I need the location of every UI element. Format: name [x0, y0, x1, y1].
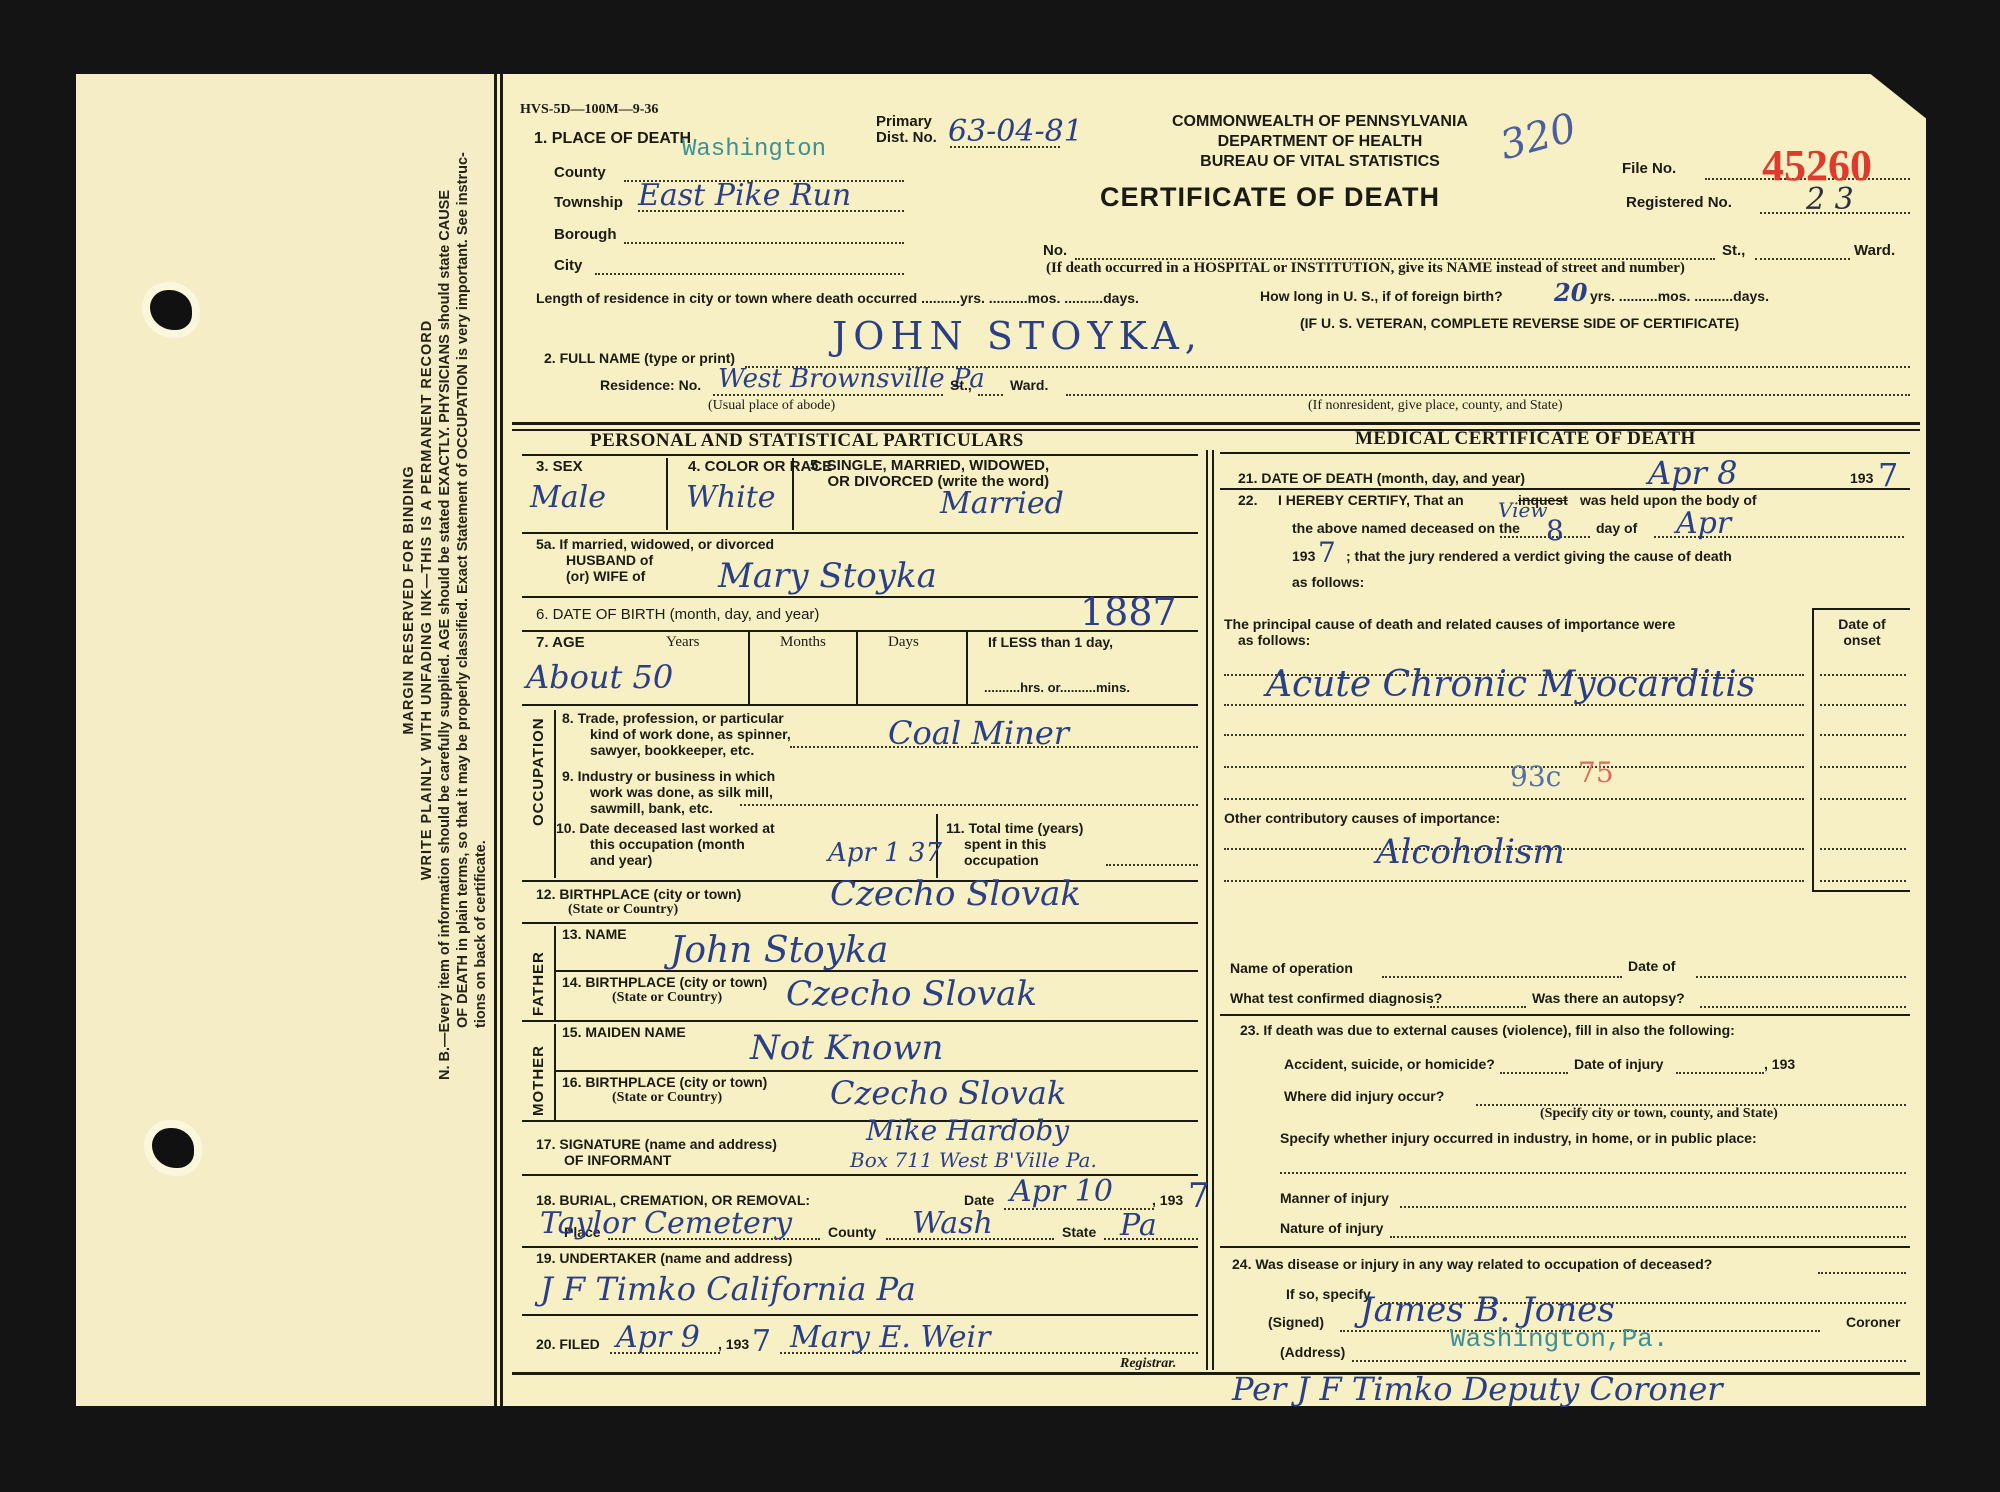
registrar-label: Registrar. — [1120, 1356, 1176, 1372]
cause-of-death-value: Acute Chronic Myocarditis — [1266, 664, 1755, 705]
industry-label-line-1: 9. Industry or business in which — [562, 768, 775, 784]
mother-birthplace-label-line-2: (State or Country) — [562, 1090, 767, 1106]
burial-date-value: Apr 10 — [1010, 1174, 1113, 1209]
cause-code-red: 75 — [1578, 756, 1614, 789]
file-no-label: File No. — [1622, 160, 1676, 177]
ward-label: Ward. — [1854, 242, 1895, 259]
informant-name-value: Mike Hardoby — [866, 1114, 1069, 1147]
margin-title: MARGIN RESERVED FOR BINDING — [400, 120, 418, 1080]
onset-label-line-2: onset — [1824, 632, 1900, 648]
total-time-label-line-2: spent in this — [946, 836, 1083, 852]
dod-value: Apr 8 — [1648, 454, 1737, 492]
medical-section-title: MEDICAL CERTIFICATE OF DEATH — [1355, 428, 1696, 450]
trade-label: 8. Trade, profession, or particular kind… — [562, 710, 791, 758]
margin-instructions: MARGIN RESERVED FOR BINDING WRITE PLAINL… — [400, 120, 490, 1080]
last-worked-label-line-2: this occupation (month — [556, 836, 775, 852]
veteran-note: (IF U. S. VETERAN, COMPLETE REVERSE SIDE… — [1300, 315, 1739, 331]
total-time-label-line-1: 11. Total time (years) — [946, 820, 1083, 836]
foreign-birth-label: How long in U. S., if of foreign birth? — [1260, 288, 1503, 304]
burial-county-value: Wash — [912, 1206, 993, 1241]
registered-no-value: 2 3 — [1806, 182, 1854, 217]
manner-label: Manner of injury — [1280, 1190, 1389, 1206]
marital-label-line-1: 5. SINGLE, MARRIED, WIDOWED, — [810, 458, 1049, 474]
certify-line-2b: day of — [1596, 520, 1637, 536]
city-label: City — [554, 257, 582, 274]
external-causes-label: 23. If death was due to external causes … — [1240, 1022, 1735, 1038]
residence-length-label: Length of residence in city or town wher… — [536, 290, 1139, 306]
birthplace-label-line-2: (State or Country) — [536, 902, 741, 918]
nature-label: Nature of injury — [1280, 1220, 1383, 1236]
hospital-note: (If death occurred in a HOSPITAL or INST… — [1046, 260, 1685, 277]
residence-value: West Brownsville Pa — [718, 364, 985, 394]
mother-birthplace-value: Czecho Slovak — [830, 1074, 1066, 1112]
where-injury-note: (Specify city or town, county, and State… — [1540, 1106, 1778, 1122]
occupation-side-label: OCCUPATION — [530, 717, 547, 826]
injury-date-label: Date of injury — [1574, 1056, 1663, 1072]
deputy-coroner-note: Per J F Timko Deputy Coroner — [1232, 1370, 1723, 1408]
burial-place-value: Taylor Cemetery — [540, 1206, 792, 1241]
department-line: DEPARTMENT OF HEALTH — [1140, 132, 1500, 152]
abode-note: (Usual place of abode) — [708, 398, 835, 414]
operation-label: Name of operation — [1230, 960, 1353, 976]
filed-date-value: Apr 9 — [616, 1320, 700, 1355]
burial-state-value: Pa — [1120, 1208, 1157, 1243]
certify-day-value: 8 — [1546, 514, 1564, 547]
foreign-birth-suffix: yrs. ..........mos. ..........days. — [1590, 288, 1769, 304]
margin-line-2: N. B.—Every item of information should b… — [437, 190, 453, 1080]
informant-address-value: Box 711 West B'Ville Pa. — [850, 1148, 1097, 1172]
nonresident-note: (If nonresident, give place, county, and… — [1308, 398, 1563, 414]
county-label: County — [554, 164, 606, 181]
margin-line-1: WRITE PLAINLY WITH UNFADING INK—THIS IS … — [418, 120, 436, 1080]
signed-label: (Signed) — [1268, 1314, 1324, 1330]
father-side-label: FATHER — [530, 951, 547, 1016]
trade-label-line-2: kind of work done, as spinner, — [562, 726, 791, 742]
burial-county-label: County — [828, 1224, 876, 1240]
industry-label-line-3: sawmill, bank, etc. — [562, 800, 775, 816]
father-name-value: John Stoyka — [670, 930, 888, 971]
burial-state-label: State — [1062, 1224, 1096, 1240]
dob-value: 1887 — [1080, 590, 1177, 634]
spouse-value: Mary Stoyka — [718, 556, 937, 596]
burial-year-prefix: , 193 — [1152, 1192, 1183, 1208]
certify-month-value: Apr — [1676, 506, 1731, 541]
mother-name-value: Not Known — [750, 1028, 943, 1068]
father-birthplace-label-line-1: 14. BIRTHPLACE (city or town) — [562, 974, 767, 990]
trade-label-line-1: 8. Trade, profession, or particular — [562, 710, 791, 726]
full-name-value: JOHN STOYKA, — [832, 314, 1203, 358]
injury-year-prefix: , 193 — [1764, 1056, 1795, 1072]
onset-label-line-1: Date of — [1824, 616, 1900, 632]
commonwealth-line: COMMONWEALTH OF PENNSYLVANIA — [1140, 112, 1500, 132]
borough-label: Borough — [554, 226, 616, 243]
certify-line-2a: the above named deceased on the — [1292, 520, 1520, 536]
sex-value: Male — [530, 480, 606, 515]
informant-label-line-2: OF INFORMANT — [536, 1152, 777, 1168]
burial-year-value: 7 — [1188, 1176, 1210, 1216]
undertaker-label: 19. UNDERTAKER (name and address) — [536, 1250, 792, 1266]
issuer-header: COMMONWEALTH OF PENNSYLVANIA DEPARTMENT … — [1140, 112, 1500, 172]
registrar-signature: Mary E. Weir — [790, 1320, 990, 1355]
test-label: What test confirmed diagnosis? — [1230, 990, 1442, 1006]
township-value: East Pike Run — [638, 178, 851, 213]
dod-label: 21. DATE OF DEATH (month, day, and year) — [1238, 470, 1525, 486]
certify-number: 22. — [1238, 492, 1257, 508]
operation-date-label: Date of — [1628, 958, 1675, 974]
father-birthplace-label-line-2: (State or Country) — [562, 990, 767, 1006]
industry-label-line-2: work was done, as silk mill, — [562, 784, 775, 800]
residence-ward-label: Ward. — [1010, 377, 1048, 393]
primary-label: Primary — [876, 114, 937, 130]
occupation-related-label: 24. Was disease or injury in any way rel… — [1232, 1256, 1712, 1272]
other-causes-label: Other contributory causes of importance: — [1224, 810, 1500, 826]
cause-label-line-2: as follows: — [1224, 632, 1675, 648]
mother-birthplace-label-line-1: 16. BIRTHPLACE (city or town) — [562, 1074, 767, 1090]
trade-label-line-3: sawyer, bookkeeper, etc. — [562, 742, 791, 758]
residence-label: Residence: No. — [600, 377, 701, 393]
age-label: 7. AGE — [536, 634, 585, 651]
cause-label: The principal cause of death and related… — [1224, 616, 1675, 648]
father-birthplace-value: Czecho Slovak — [786, 974, 1037, 1014]
informant-label: 17. SIGNATURE (name and address) OF INFO… — [536, 1136, 777, 1168]
foreign-birth-value: 20 — [1554, 278, 1587, 307]
binding-rule-1 — [494, 74, 497, 1406]
spouse-label-line-1: 5a. If married, widowed, or divorced — [536, 536, 774, 552]
address-label: (Address) — [1280, 1344, 1345, 1360]
marital-value: Married — [940, 486, 1064, 521]
certify-line-4: as follows: — [1292, 574, 1364, 590]
informant-label-line-1: 17. SIGNATURE (name and address) — [536, 1136, 777, 1152]
age-value: About 50 — [526, 658, 673, 696]
autopsy-label: Was there an autopsy? — [1532, 990, 1685, 1006]
certify-insert-word: View — [1498, 498, 1547, 522]
pencil-note: 320 — [1495, 105, 1581, 169]
total-time-label: 11. Total time (years) spent in this occ… — [946, 820, 1083, 868]
coroner-address-stamp: Washington,Pa. — [1450, 1324, 1668, 1354]
coroner-label: Coroner — [1846, 1314, 1900, 1330]
where-injury-label: Where did injury occur? — [1284, 1088, 1444, 1104]
certify-line-3: ; that the jury rendered a verdict givin… — [1346, 548, 1732, 564]
margin-line-3: OF DEATH in plain terms, so that it may … — [454, 120, 472, 1080]
county-stamp: Washington — [682, 136, 826, 163]
primary-dist-value: 63-04-81 — [948, 114, 1083, 149]
township-label: Township — [554, 194, 623, 211]
certify-year-value: 7 — [1318, 536, 1336, 569]
undertaker-value: J F Timko California Pa — [540, 1270, 916, 1308]
birthplace-value: Czecho Slovak — [830, 874, 1081, 914]
father-name-label: 13. NAME — [562, 926, 627, 942]
hrs-mins-label: ..........hrs. or..........mins. — [984, 680, 1130, 695]
dist-no-label: Dist. No. — [876, 130, 937, 146]
personal-section-title: PERSONAL AND STATISTICAL PARTICULARS — [590, 430, 1024, 452]
certificate-title: CERTIFICATE OF DEATH — [1100, 182, 1440, 213]
dob-label: 6. DATE OF BIRTH (month, day, and year) — [536, 606, 819, 623]
margin-line-4: tions on back of certificate. — [472, 120, 490, 1080]
industry-label: 9. Industry or business in which work wa… — [562, 768, 775, 816]
last-worked-value: Apr 1 37 — [828, 838, 942, 868]
registered-no-label: Registered No. — [1626, 194, 1732, 211]
sex-label: 3. SEX — [536, 458, 583, 475]
residence-st-label: St., — [950, 377, 972, 393]
days-label: Days — [888, 634, 919, 651]
filed-label: 20. FILED — [536, 1336, 600, 1352]
accident-label: Accident, suicide, or homicide? — [1284, 1056, 1495, 1072]
full-name-label: 2. FULL NAME (type or print) — [544, 350, 735, 366]
other-causes-value: Alcoholism — [1376, 832, 1565, 872]
bureau-line: BUREAU OF VITAL STATISTICS — [1140, 152, 1500, 172]
mother-name-label: 15. MAIDEN NAME — [562, 1024, 686, 1040]
filed-year-prefix: , 193 — [718, 1336, 749, 1352]
certify-year-prefix: 193 — [1292, 548, 1315, 564]
less-than-day-label: If LESS than 1 day, — [988, 634, 1113, 650]
filed-year-value: 7 — [752, 1324, 771, 1359]
birthplace-label: 12. BIRTHPLACE (city or town) (State or … — [536, 886, 741, 918]
last-worked-label-line-3: and year) — [556, 852, 775, 868]
cause-label-line-1: The principal cause of death and related… — [1224, 616, 1675, 632]
dod-year-prefix: 193 — [1850, 470, 1873, 486]
years-label: Years — [666, 634, 699, 651]
primary-dist-label: Primary Dist. No. — [876, 114, 937, 146]
father-birthplace-label: 14. BIRTHPLACE (city or town) (State or … — [562, 974, 767, 1006]
certify-line-1a: I HEREBY CERTIFY, That an — [1278, 492, 1464, 508]
last-worked-label-line-1: 10. Date deceased last worked at — [556, 820, 775, 836]
cause-code-value: 93c — [1510, 760, 1561, 793]
onset-label: Date of onset — [1824, 616, 1900, 648]
mother-birthplace-label: 16. BIRTHPLACE (city or town) (State or … — [562, 1074, 767, 1106]
form-code: HVS-5D—100M—9-36 — [520, 102, 658, 118]
trade-value: Coal Miner — [888, 714, 1069, 752]
specify-injury-label: Specify whether injury occurred in indus… — [1280, 1130, 1757, 1146]
st-label: St., — [1722, 242, 1745, 259]
place-of-death-label: 1. PLACE OF DEATH — [534, 130, 691, 148]
certificate-form: HVS-5D—100M—9-36 1. PLACE OF DEATH Washi… — [500, 74, 1920, 1406]
no-label: No. — [1043, 242, 1067, 259]
race-value: White — [686, 480, 776, 515]
birthplace-label-line-1: 12. BIRTHPLACE (city or town) — [536, 886, 741, 902]
total-time-label-line-3: occupation — [946, 852, 1083, 868]
last-worked-label: 10. Date deceased last worked at this oc… — [556, 820, 775, 868]
if-so-label: If so, specify — [1286, 1286, 1371, 1302]
mother-side-label: MOTHER — [530, 1045, 547, 1116]
months-label: Months — [780, 634, 826, 651]
